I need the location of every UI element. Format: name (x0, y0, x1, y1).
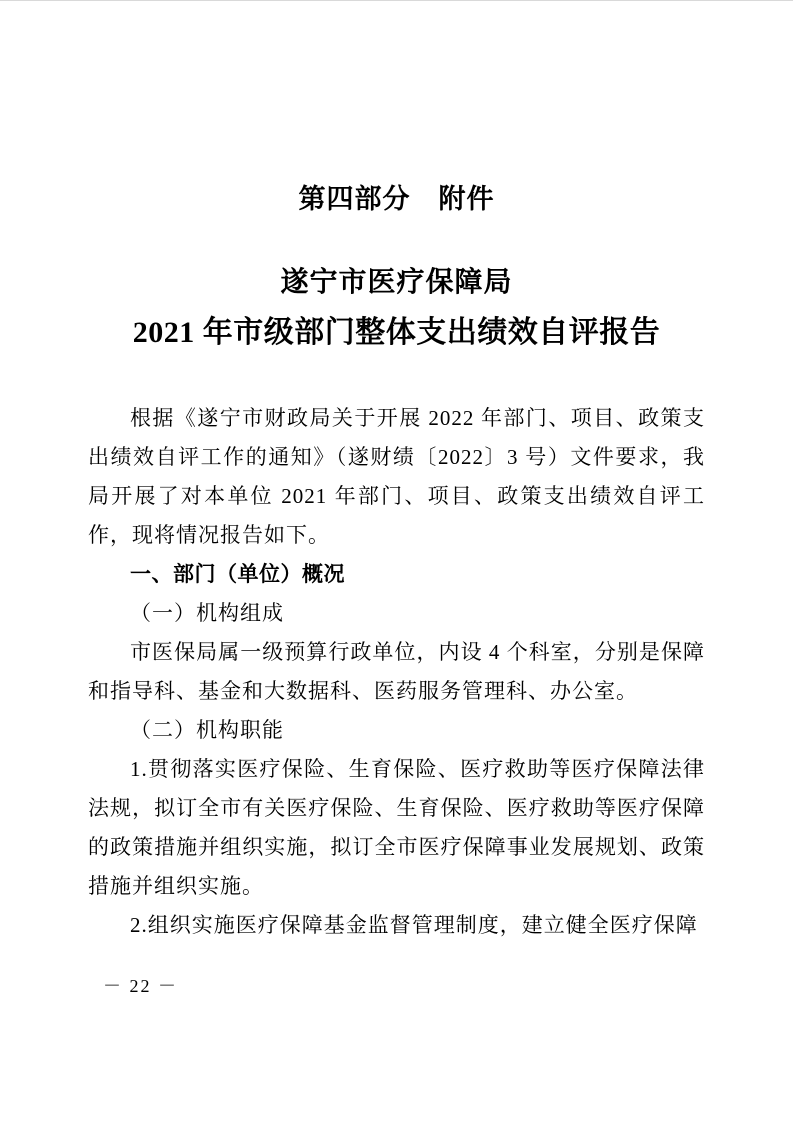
heading-subsection-one: （一）机构组成 (88, 594, 705, 633)
document-page: 第四部分 附件 遂宁市医疗保障局 2021 年市级部门整体支出绩效自评报告 根据… (0, 0, 793, 1122)
page-number: － 22 － (103, 974, 178, 998)
paragraph-function-2: 2.组织实施医疗保障基金监督管理制度，建立健全医疗保障 (88, 906, 705, 945)
heading-section-one: 一、部门（单位）概况 (88, 555, 705, 594)
paragraph-function-1: 1.贯彻落实医疗保险、生育保险、医疗救助等医疗保障法律法规，拟订全市有关医疗保险… (88, 750, 705, 906)
document-body: 根据《遂宁市财政局关于开展 2022 年部门、项目、政策支出绩效自评工作的通知》… (88, 399, 705, 945)
report-title-main: 2021 年市级部门整体支出绩效自评报告 (0, 308, 793, 357)
paragraph-organization: 市医保局属一级预算行政单位，内设 4 个科室，分别是保障和指导科、基金和大数据科… (88, 633, 705, 711)
heading-subsection-two: （二）机构职能 (88, 711, 705, 750)
paragraph-intro: 根据《遂宁市财政局关于开展 2022 年部门、项目、政策支出绩效自评工作的通知》… (88, 399, 705, 555)
report-title-organization: 遂宁市医疗保障局 (0, 258, 793, 308)
report-title: 遂宁市医疗保障局 2021 年市级部门整体支出绩效自评报告 (0, 258, 793, 357)
section-heading: 第四部分 附件 (0, 183, 793, 215)
